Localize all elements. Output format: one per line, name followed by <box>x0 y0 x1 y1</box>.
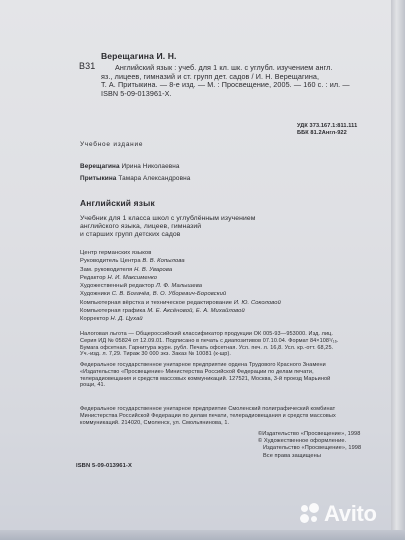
tax-line: Бумага офсетная. Гарнитура журн. рубл. П… <box>80 345 339 352</box>
staff-line: Зам. руководителя Н. В. Уварова <box>80 266 281 274</box>
udk-code: УДК 373.167.1:811.111 <box>297 123 357 130</box>
staff-person: С. В. Богачёв, В. О. Уборевич-Боровский <box>112 291 227 297</box>
copyright-line: Все права защищены <box>258 453 361 460</box>
staff-person: М. Е. Аксёновой, Е. А. Михайловой <box>147 308 244 314</box>
bbk-code: ББК 81.2Англ-922 <box>297 130 357 137</box>
staff-line: Художники С. В. Богачёв, В. О. Уборевич-… <box>80 290 281 298</box>
staff-role: Художественный редактор <box>80 283 156 289</box>
staff-role: Компьютерная графика <box>80 308 147 314</box>
staff-role: Компьютерная вёрстка и техническое редак… <box>80 300 234 306</box>
tax-line: Уч.-изд. л. 7,29. Тираж 30 000 экз. Зака… <box>80 351 339 358</box>
staff-role: Художники <box>80 291 112 297</box>
publisher-line: телерадиовещания и средств массовых комм… <box>80 376 330 383</box>
staff-line: Компьютерная вёрстка и техническое редак… <box>80 299 281 307</box>
printer-info: Федеральное государственное унитарное пр… <box>80 406 336 426</box>
subtitle-line: Учебник для 1 класса школ с углублённым … <box>80 215 256 223</box>
staff-role: Зам. руководителя <box>80 267 134 273</box>
classification-indices: УДК 373.167.1:811.111 ББК 81.2Англ-922 <box>297 123 357 137</box>
book-subtitle: Учебник для 1 класса школ с углублённым … <box>80 215 256 238</box>
edition-type: Учебное издание <box>80 141 143 148</box>
tax-and-print-details: Налоговая льгота — Общероссийский класси… <box>80 331 339 358</box>
classification-code: В31 <box>79 63 95 70</box>
publisher-info: Федеральное государственное унитарное пр… <box>80 362 330 389</box>
catalog-description-line: ISBN 5-09-013961-X. <box>101 90 401 99</box>
tax-line: Налоговая льгота — Общероссийский класси… <box>80 331 339 338</box>
copyright-line: © Художественное оформление. <box>258 438 361 445</box>
publisher-line: Федеральное государственное унитарное пр… <box>80 362 330 369</box>
staff-person: Н. В. Уварова <box>134 267 172 273</box>
author-surname: Верещагина <box>80 163 120 170</box>
staff-person: И. Ю. Соколовой <box>234 300 281 306</box>
avito-logo-icon <box>300 503 322 525</box>
staff-person: В. В. Копылова <box>142 258 184 264</box>
staff-line: Руководитель Центра В. В. Копылова <box>80 257 281 265</box>
authors-list: Верещагина Ирина Николаевна Притыкина Та… <box>80 161 190 185</box>
staff-role: Руководитель Центра <box>80 258 142 264</box>
staff-line: Компьютерная графика М. Е. Аксёновой, Е.… <box>80 307 281 315</box>
tax-line: Серия ИД № 05824 от 12.09.01. Подписано … <box>80 338 339 345</box>
staff-credits: Центр германских языков Руководитель Цен… <box>80 249 281 324</box>
staff-role: Редактор <box>80 275 107 281</box>
page-bottom-shadow <box>0 530 405 540</box>
author-name: Ирина Николаевна <box>122 163 180 170</box>
avito-watermark: Avito <box>300 501 377 527</box>
printer-line: коммуникаций. 214020, Смоленск, ул. Смол… <box>80 420 336 427</box>
author-name: Тамара Александровна <box>118 175 190 182</box>
copyright-line: Издательство «Просвещение», 1998 <box>258 445 361 452</box>
staff-person: Н. И. Максименко <box>107 275 157 281</box>
staff-line: Художественный редактор Л. Ф. Малышева <box>80 282 281 290</box>
author-surname: Притыкина <box>80 175 116 182</box>
staff-line: Редактор Н. И. Максименко <box>80 274 281 282</box>
author-entry: Притыкина Тамара Александровна <box>80 173 190 185</box>
staff-line: Центр германских языков <box>80 249 281 257</box>
staff-role: Центр германских языков <box>80 250 151 256</box>
printer-line: Министерства Российской Федерации по дел… <box>80 413 336 420</box>
publisher-line: «Издательство «Просвещение» Министерства… <box>80 369 330 376</box>
printer-line: Федеральное государственное унитарное пр… <box>80 406 336 413</box>
isbn: ISBN 5-09-013961-X <box>76 463 132 470</box>
publisher-line: рощи, 41. <box>80 382 330 389</box>
subtitle-line: и старших групп детских садов <box>80 231 256 239</box>
subtitle-line: английского языка, лицеев, гимназий <box>80 223 256 231</box>
catalog-author-heading: Верещагина И. Н. <box>101 53 177 60</box>
staff-person: Л. Ф. Малышева <box>156 283 202 289</box>
catalog-description: Английский язык : учеб. для 1 кл. шк. с … <box>101 64 401 98</box>
staff-line: Корректор Н. Д. Цухай <box>80 315 281 323</box>
avito-watermark-text: Avito <box>324 501 377 527</box>
book-title: Английский язык <box>80 200 155 207</box>
staff-person: Н. Д. Цухай <box>111 316 143 322</box>
staff-role: Корректор <box>80 316 111 322</box>
author-entry: Верещагина Ирина Николаевна <box>80 161 190 173</box>
copyright-block: ©Издательство «Просвещение», 1998 © Худо… <box>258 431 361 460</box>
